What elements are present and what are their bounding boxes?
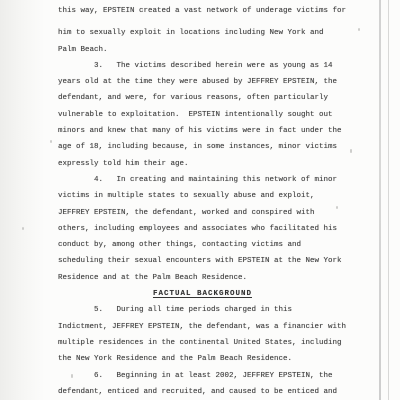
text-line: years old at the time they were abused b… [58, 74, 347, 90]
text-line: scheduling their sexual encounters with … [58, 253, 347, 269]
text-line: Residence and at the Palm Beach Residenc… [58, 270, 347, 286]
section-heading: FACTUAL BACKGROUND [58, 286, 347, 302]
scan-speckle [22, 227, 24, 230]
text-line: others, including employees and associat… [58, 221, 347, 237]
text-line: defendant, enticed and recruited, and ca… [58, 384, 347, 400]
text-line: him to sexually exploit in locations inc… [58, 25, 347, 41]
text-line: defendant, and were, for various reasons… [58, 90, 347, 106]
text-line: 6. Beginning in at least 2002, JEFFREY E… [58, 368, 347, 384]
scan-speckle [358, 28, 360, 31]
text-line: victims in multiple states to sexually a… [58, 188, 347, 204]
scan-speckle [336, 206, 338, 209]
text-line: 4. In creating and maintaining this netw… [58, 172, 347, 188]
document-text: this way, EPSTEIN created a vast network… [58, 3, 347, 400]
scan-speckle [71, 374, 73, 378]
text-line: multiple residences in the continental U… [58, 335, 347, 351]
text-line: 5. During all time periods charged in th… [58, 302, 347, 318]
text-line: conduct by, among other things, contacti… [58, 237, 347, 253]
page-edge-line [388, 0, 389, 400]
text-line: Indictment, JEFFREY EPSTEIN, the defenda… [58, 319, 347, 335]
text-line: vulnerable to exploitation. EPSTEIN inte… [58, 107, 347, 123]
text-line: JEFFREY EPSTEIN, the defendant, worked a… [58, 205, 347, 221]
text-line: expressly told him their age. [58, 156, 347, 172]
scan-speckle [350, 149, 352, 153]
text-line: 3. The victims described herein were as … [58, 58, 347, 74]
text-line: Palm Beach. [58, 42, 347, 58]
text-line: the New York Residence and the Palm Beac… [58, 351, 347, 367]
scan-speckle [50, 140, 52, 143]
text-line: this way, EPSTEIN created a vast network… [58, 3, 347, 19]
document-page: this way, EPSTEIN created a vast network… [0, 0, 400, 400]
text-line: age of 18, including because, in some in… [58, 139, 347, 155]
page-edge-line [379, 0, 381, 400]
text-line: minors and knew that many of his victims… [58, 123, 347, 139]
